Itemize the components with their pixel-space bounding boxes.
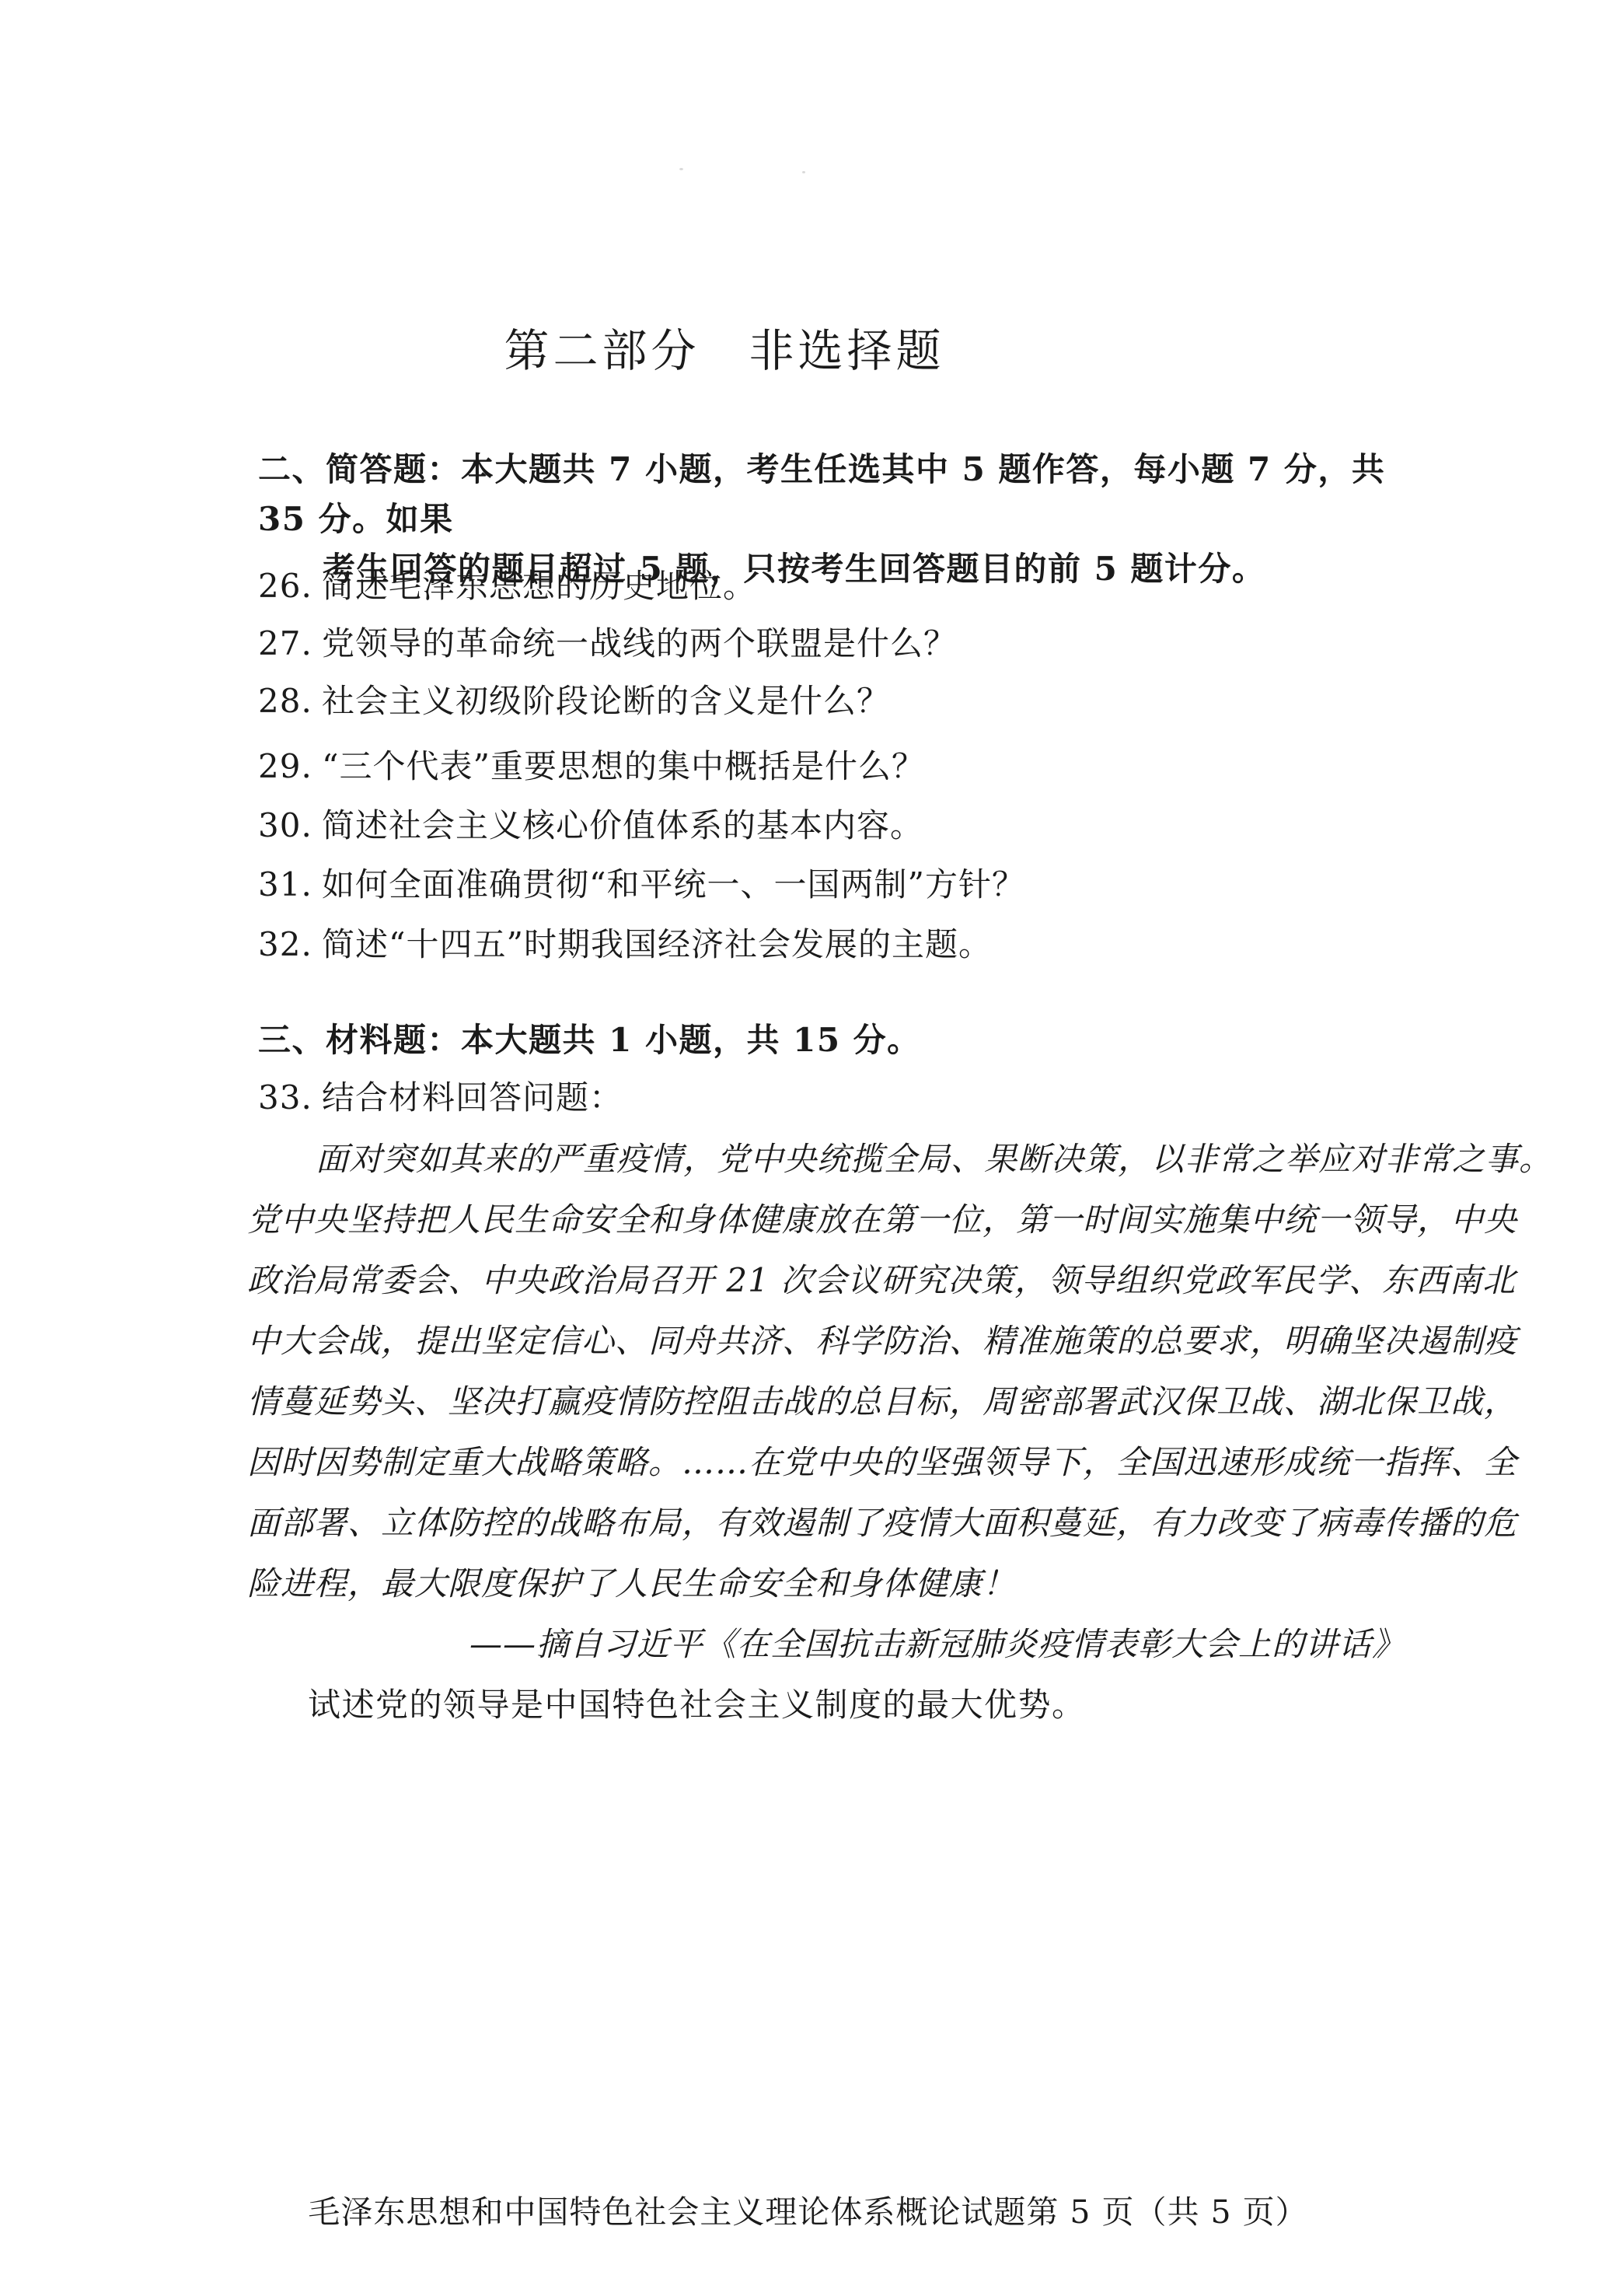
material-line: 中大会战，提出坚定信心、同舟共济、科学防治、精准施策的总要求，明确坚决遏制疫: [247, 1311, 1411, 1372]
page-footer: 毛泽东思想和中国特色社会主义理论体系概论试题第 5 页（共 5 页）: [0, 2186, 1616, 2232]
section2-heading-line1: 二、简答题：本大题共 7 小题，考生任选其中 5 题作答，每小题 7 分，共 3…: [258, 445, 1408, 544]
material-passage: 面对突如其来的严重疫情，党中央统揽全局、果断决策，以非常之举应对非常之事。 党中…: [247, 1129, 1411, 1614]
question-33-text: 结合材料回答问题：: [322, 1076, 1432, 1120]
question-31-number: 31.: [258, 863, 322, 907]
scan-speck: [679, 168, 683, 170]
scan-speck: [802, 171, 805, 173]
question-29: 29. “三个代表”重要思想的集中概括是什么？: [258, 745, 1432, 788]
question-28: 28. 社会主义初级阶段论断的含义是什么？: [258, 680, 1432, 723]
material-line: 因时因势制定重大战略策略。……在党中央的坚强领导下，全国迅速形成统一指挥、全: [247, 1432, 1411, 1493]
question-30-text: 简述社会主义核心价值体系的基本内容。: [322, 804, 1432, 847]
exam-page: 第二部分 非选择题 二、简答题：本大题共 7 小题，考生任选其中 5 题作答，每…: [0, 0, 1616, 2296]
page-title: 第二部分 非选择题: [0, 314, 1449, 379]
question-29-number: 29.: [258, 745, 322, 788]
question-32-text: 简述“十四五”时期我国经济社会发展的主题。: [322, 923, 1432, 966]
question-28-text: 社会主义初级阶段论断的含义是什么？: [322, 680, 1432, 723]
question-27-number: 27.: [258, 622, 322, 666]
question-30: 30. 简述社会主义核心价值体系的基本内容。: [258, 804, 1432, 847]
material-line: 险进程，最大限度保护了人民生命安全和身体健康！: [247, 1553, 1411, 1614]
question-26-text: 简述毛泽东思想的历史地位。: [322, 564, 1432, 608]
material-line: 面部署、立体防控的战略布局，有效遏制了疫情大面积蔓延，有力改变了病毒传播的危: [247, 1493, 1411, 1553]
material-line: 面对突如其来的严重疫情，党中央统揽全局、果断决策，以非常之举应对非常之事。: [247, 1129, 1411, 1190]
material-line: 党中央坚持把人民生命安全和身体健康放在第一位，第一时间实施集中统一领导，中央: [247, 1190, 1411, 1250]
question-33-task: 试述党的领导是中国特色社会主义制度的最大优势。: [308, 1679, 1086, 1726]
question-31: 31. 如何全面准确贯彻“和平统一、一国两制”方针？: [258, 863, 1432, 907]
material-attribution: ——摘自习近平《在全国抗击新冠肺炎疫情表彰大会上的讲话》: [247, 1619, 1405, 1665]
material-line: 政治局常委会、中央政治局召开 21 次会议研究决策，领导组织党政军民学、东西南北: [247, 1250, 1411, 1311]
question-32: 32. 简述“十四五”时期我国经济社会发展的主题。: [258, 923, 1432, 966]
question-27-text: 党领导的革命统一战线的两个联盟是什么？: [322, 622, 1432, 666]
question-33-number: 33.: [258, 1076, 322, 1120]
question-32-number: 32.: [258, 923, 322, 966]
question-33: 33. 结合材料回答问题：: [258, 1076, 1432, 1120]
section3-heading: 三、材料题：本大题共 1 小题，共 15 分。: [258, 1015, 1408, 1065]
question-26-number: 26.: [258, 564, 322, 608]
question-27: 27. 党领导的革命统一战线的两个联盟是什么？: [258, 622, 1432, 666]
question-31-text: 如何全面准确贯彻“和平统一、一国两制”方针？: [322, 863, 1432, 907]
question-28-number: 28.: [258, 680, 322, 723]
question-29-text: “三个代表”重要思想的集中概括是什么？: [322, 745, 1432, 788]
question-30-number: 30.: [258, 804, 322, 847]
question-26: 26. 简述毛泽东思想的历史地位。: [258, 564, 1432, 608]
material-line: 情蔓延势头、坚决打赢疫情防控阻击战的总目标，周密部署武汉保卫战、湖北保卫战，: [247, 1372, 1411, 1432]
